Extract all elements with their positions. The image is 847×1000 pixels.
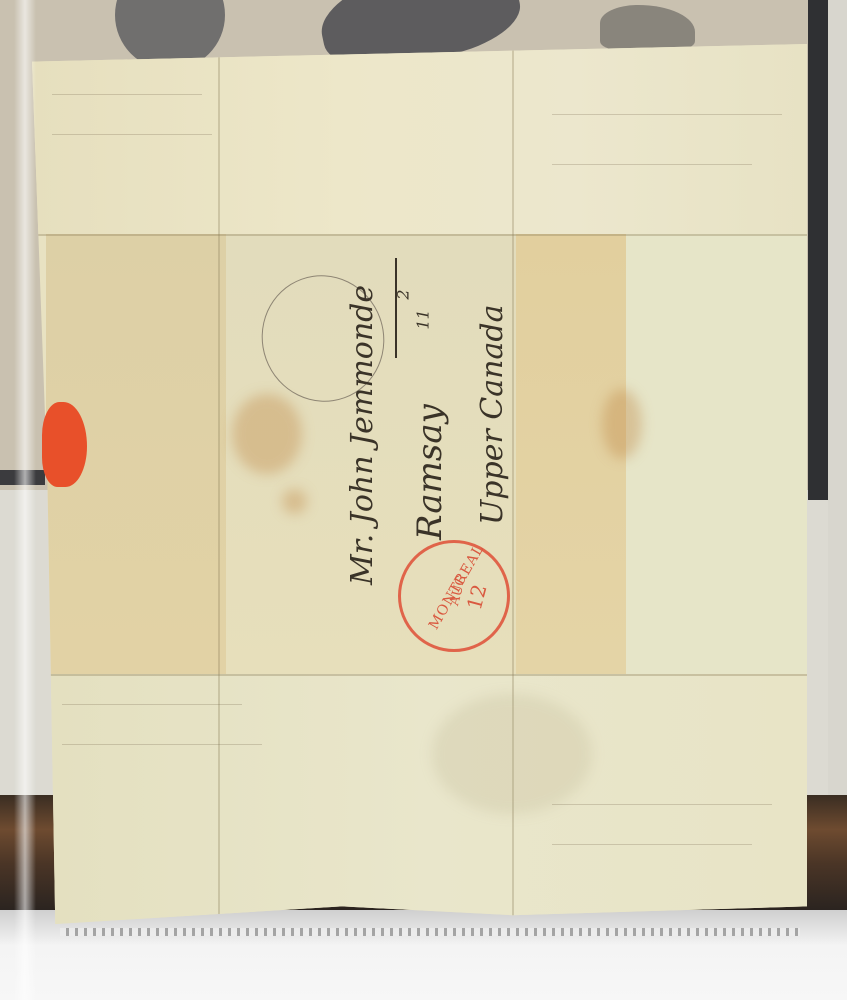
letter-right-panel: [516, 234, 626, 674]
address-province: Upper Canada: [475, 305, 510, 525]
fold-line: [32, 234, 807, 236]
letter-far-right-panel: [626, 234, 807, 674]
faded-handwriting: [552, 804, 772, 805]
plastic-sleeve: [0, 910, 847, 1000]
rate-divider: [395, 258, 397, 358]
sleeve-perforation: [60, 928, 800, 936]
fold-line: [218, 44, 220, 924]
foxing-stain: [602, 389, 642, 459]
faded-handwriting: [552, 114, 782, 115]
faded-handwriting: [62, 704, 242, 705]
postmark-day: 12: [462, 582, 492, 613]
fold-line: [32, 674, 807, 676]
red-wax-seal: [42, 402, 87, 487]
frame-edge-right: [808, 0, 828, 500]
faded-handwriting: [552, 164, 752, 165]
rate-numerator: 2: [394, 289, 413, 299]
address-town: Ramsay: [410, 404, 450, 540]
faded-handwriting: [62, 744, 262, 745]
montreal-postmark: MONTREAL AUG 12: [398, 540, 510, 652]
faded-handwriting: [552, 844, 752, 845]
addressee-name: Mr. John Jemmonde: [345, 285, 380, 585]
rate-denominator: 11: [414, 309, 433, 329]
letter-bottom-flap: [50, 674, 807, 924]
letter-top-flap: [32, 44, 807, 234]
photo-scene: Mr. John Jemmonde Ramsay Upper Canada 2 …: [0, 0, 847, 1000]
faded-handwriting: [52, 134, 212, 135]
engraving-horn: [600, 5, 695, 50]
glass-glare: [14, 0, 36, 1000]
faded-handwriting: [52, 94, 202, 95]
water-stain: [432, 694, 592, 814]
